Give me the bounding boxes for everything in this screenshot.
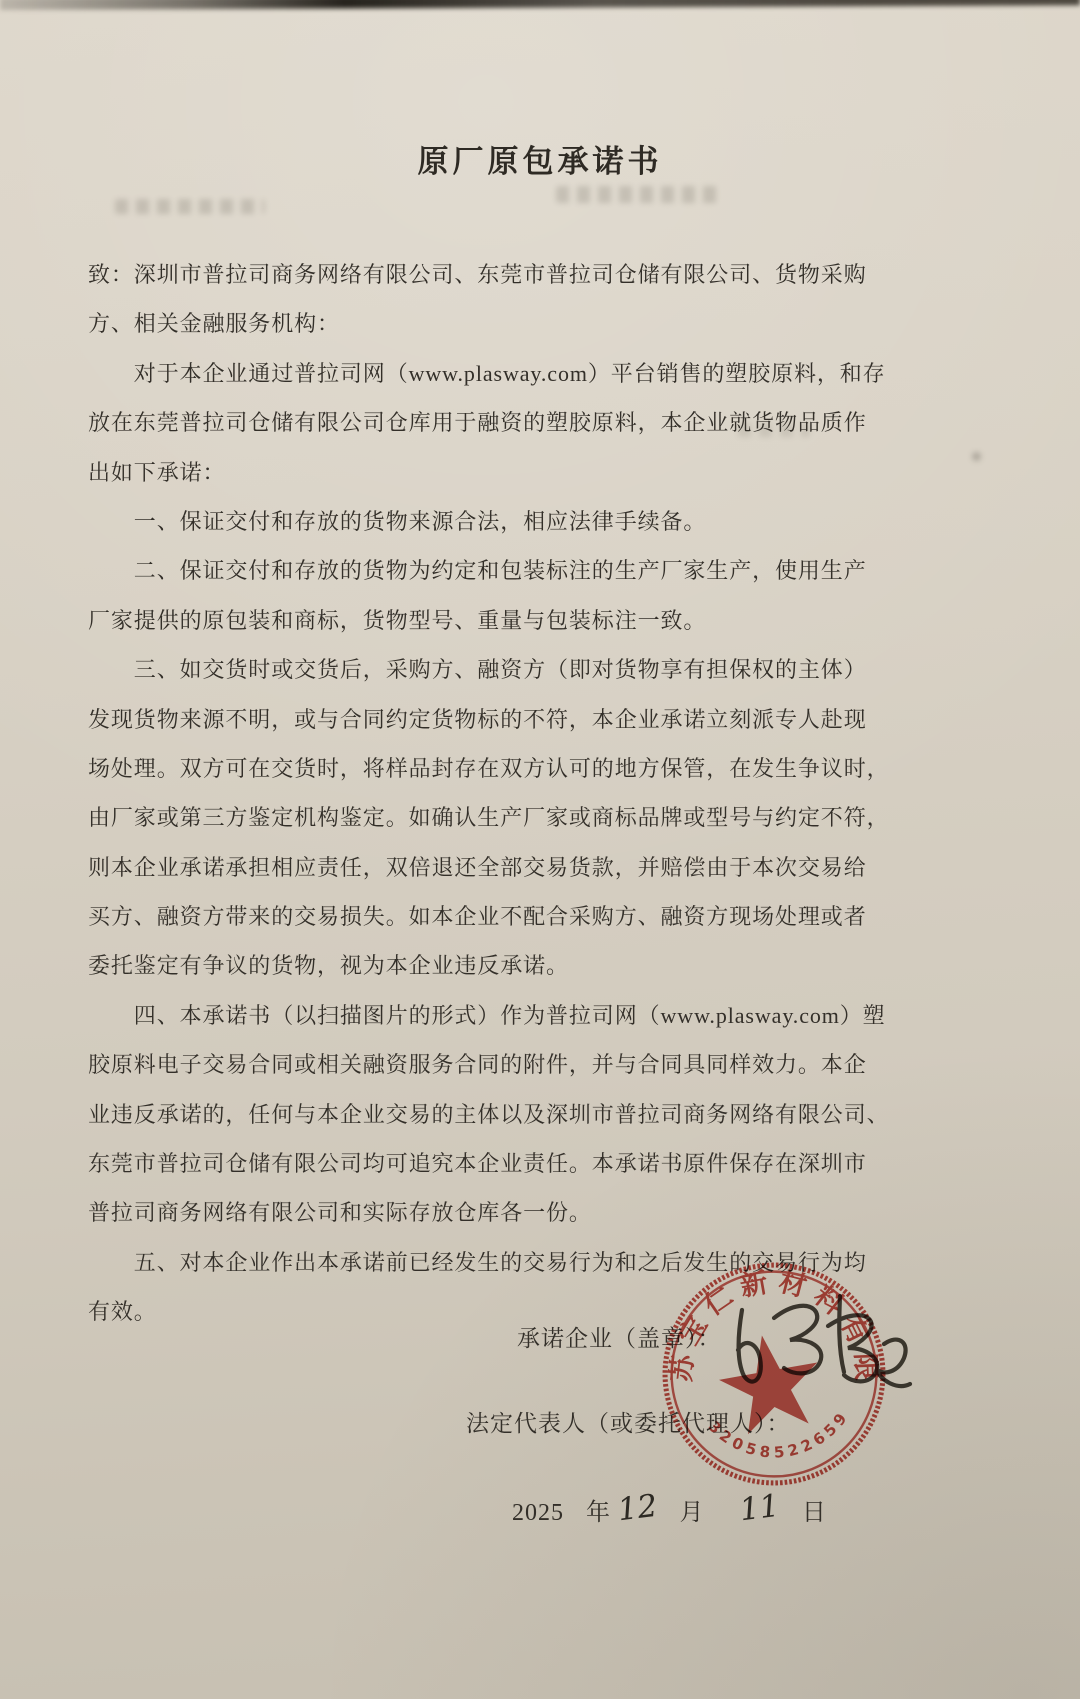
- document-body: 致：深圳市普拉司商务网络有限公司、东莞市普拉司仓储有限公司、货物采购方、相关金融…: [88, 250, 924, 1337]
- body-line: 厂家提供的原包装和商标，货物型号、重量与包装标注一致。: [88, 596, 924, 645]
- body-line: 业违反承诺的，任何与本企业交易的主体以及深圳市普拉司商务网络有限公司、: [88, 1090, 924, 1139]
- body-line: 发现货物来源不明，或与合同约定货物标的不符，本企业承诺立刻派专人赴现: [88, 695, 924, 744]
- body-line: 二、保证交付和存放的货物为约定和包装标注的生产厂家生产，使用生产: [88, 546, 924, 595]
- handwritten-day: 11: [738, 1488, 782, 1529]
- bleedthrough-smudge: [115, 199, 265, 214]
- body-line: 致：深圳市普拉司商务网络有限公司、东莞市普拉司仓储有限公司、货物采购: [88, 250, 924, 299]
- body-line: 出如下承诺：: [88, 448, 924, 497]
- date-day-unit: 日: [802, 1500, 827, 1526]
- body-line: 放在东莞普拉司仓储有限公司仓库用于融资的塑胶原料，本企业就货物品质作: [88, 398, 924, 447]
- body-line: 由厂家或第三方鉴定机构鉴定。如确认生产厂家或商标品牌或型号与约定不符，: [88, 793, 924, 842]
- body-line: 买方、融资方带来的交易损失。如本企业不配合采购方、融资方现场处理或者: [88, 892, 924, 941]
- body-line: 对于本企业通过普拉司网（www.plasway.com）平台销售的塑胶原料，和存: [88, 349, 924, 398]
- body-line: 东莞市普拉司仓储有限公司均可追究本企业责任。本承诺书原件保存在深圳市: [88, 1139, 924, 1188]
- photo-top-dark-edge: [0, 0, 1080, 10]
- scanned-document-page: 原厂原包承诺书 致：深圳市普拉司商务网络有限公司、东莞市普拉司仓储有限公司、货物…: [0, 0, 1080, 1699]
- handwritten-month: 12: [616, 1488, 660, 1529]
- date-year-unit: 年: [586, 1500, 611, 1526]
- bleedthrough-smudge: [972, 452, 981, 461]
- body-line: 场处理。双方可在交货时，将样品封存在双方认可的地方保管，在发生争议时，: [88, 744, 924, 793]
- body-line: 普拉司商务网络有限公司和实际存放仓库各一份。: [88, 1188, 924, 1237]
- body-line: 胶原料电子交易合同或相关融资服务合同的附件，并与合同具同样效力。本企: [88, 1040, 924, 1089]
- handwritten-signature: [712, 1248, 922, 1438]
- body-line: 方、相关金融服务机构：: [88, 299, 924, 348]
- body-line: 四、本承诺书（以扫描图片的形式）作为普拉司网（www.plasway.com）塑: [88, 991, 924, 1040]
- date-line: 2025 年 12 月 11 日: [512, 1492, 827, 1528]
- date-year: 2025: [512, 1500, 564, 1526]
- date-month-unit: 月: [679, 1500, 704, 1526]
- document-title: 原厂原包承诺书: [0, 136, 1080, 181]
- bleedthrough-smudge: [556, 186, 724, 203]
- body-line: 一、保证交付和存放的货物来源合法，相应法律手续备。: [88, 497, 924, 546]
- body-line: 三、如交货时或交货后，采购方、融资方（即对货物享有担保权的主体）: [88, 645, 924, 694]
- body-line: 委托鉴定有争议的货物，视为本企业违反承诺。: [88, 941, 924, 990]
- body-line: 则本企业承诺承担相应责任，双倍退还全部交易货款，并赔偿由于本次交易给: [88, 843, 924, 892]
